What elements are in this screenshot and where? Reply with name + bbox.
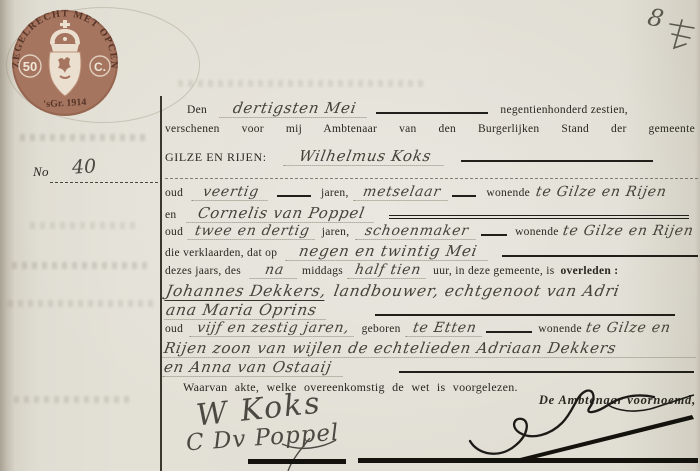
- bottom-border-segment: [248, 459, 346, 464]
- act-number-ruled-line: [50, 182, 158, 183]
- label-en: en: [165, 209, 176, 221]
- act-number-value: 40: [71, 155, 96, 178]
- form-ruled-line: [165, 178, 698, 179]
- blank-filler-line: [452, 195, 476, 197]
- label-wonende-2: wonende: [515, 226, 559, 238]
- blank-filler-line: [375, 314, 675, 316]
- deceased-age-handwritten: vijf en zestig jaren,: [190, 320, 357, 337]
- corner-scribble: [664, 18, 700, 52]
- deceased-name-handwritten: Johannes Dekkers,: [164, 282, 328, 301]
- margin-divider-line: [160, 96, 162, 471]
- deceased-spouse-handwritten: ana Maria Oprins: [164, 301, 328, 320]
- bleed-through-text: [178, 80, 428, 87]
- deceased-description-handwritten: landbouwer, echtgenoot van Adri: [333, 282, 622, 300]
- death-date-handwritten: negen en twintig Mei: [286, 242, 492, 261]
- stamp-date: 'sGr. 1914: [43, 97, 86, 110]
- bleed-through-text: [12, 262, 152, 269]
- declarant2-residence-handwritten: te Gilze en Rijen: [561, 223, 694, 239]
- stamp-denomination: 50: [23, 59, 37, 74]
- act-number-label: No: [33, 164, 49, 180]
- date-registered-handwritten: dertigsten Mei: [219, 99, 370, 118]
- bottom-border-segment: [358, 458, 698, 463]
- revenue-stamp: ZEGELRECHT MET OPCENTEN 50 C. 'sGr. 1914: [6, 2, 126, 124]
- declarant2-name-handwritten: Cornelis van Poppel: [187, 204, 377, 223]
- label-geboren: geboren: [362, 323, 401, 335]
- label-dezes-jaars: dezes jaars, des: [165, 265, 241, 277]
- death-certificate-page: ZEGELRECHT MET OPCENTEN 50 C. 'sGr. 1914…: [0, 0, 700, 471]
- label-oud-1: oud: [165, 187, 183, 199]
- declarant1-residence-handwritten: te Gilze en Rijen: [535, 184, 668, 200]
- stamp-currency: C.: [94, 60, 106, 74]
- preamble-den: Den: [187, 104, 207, 116]
- deceased-parents-handwritten: Rijen zoon van wijlen de echtelieden Adr…: [162, 339, 698, 358]
- deceased-birthplace-handwritten: te Etten: [405, 320, 484, 337]
- witness2-signature-flourish: [270, 438, 340, 471]
- blank-filler-line: [481, 234, 507, 236]
- deceased-mother-handwritten: en Anna van Ostaaij: [162, 358, 345, 377]
- bleed-through-text: [14, 396, 134, 403]
- declarant2-occupation-handwritten: schoenmaker: [356, 223, 479, 240]
- blank-filler-line: [389, 215, 689, 219]
- sheet-number: 8: [645, 3, 666, 34]
- deceased-residence-handwritten: te Gilze en: [584, 320, 672, 336]
- declarant1-name-handwritten: Wilhelmus Koks: [283, 147, 447, 166]
- declarant1-occupation-handwritten: metselaar: [353, 184, 450, 201]
- blank-filler-line: [376, 112, 488, 114]
- label-oud-3: oud: [165, 323, 183, 335]
- bleed-through-text: [30, 222, 140, 229]
- label-jaren-2: jaren,: [322, 226, 350, 238]
- blank-filler-line: [277, 195, 311, 197]
- blank-filler-line: [502, 255, 698, 257]
- label-jaren-1: jaren,: [321, 187, 349, 199]
- label-uur-gemeente: uur, in deze gemeente, is: [433, 265, 554, 277]
- label-wonende-3: wonende: [538, 323, 582, 335]
- bleed-through-text: [20, 134, 148, 141]
- declarant1-age-handwritten: veertig: [192, 184, 271, 201]
- blank-filler-line: [399, 371, 694, 373]
- death-hour-handwritten: half tien: [348, 262, 429, 279]
- preamble-appeared: verschenen voor mij Ambtenaar van den Bu…: [165, 123, 695, 135]
- declarant2-age-handwritten: twee en dertig: [188, 223, 318, 240]
- daypart-handwritten: na: [250, 262, 300, 279]
- municipality-name: GILZE EN RIJEN:: [165, 150, 267, 165]
- label-die-verklaarden: die verklaarden, dat op: [165, 247, 277, 259]
- label-middags: middags: [302, 265, 343, 277]
- label-wonende-1: wonende: [486, 187, 530, 199]
- preamble-year: negentienhonderd zestien,: [500, 104, 628, 116]
- blank-filler-line: [486, 331, 532, 333]
- label-oud-2: oud: [165, 226, 183, 238]
- blank-filler-line: [461, 160, 653, 162]
- label-overleden: overleden :: [561, 265, 619, 277]
- bleed-through-text: [8, 300, 154, 307]
